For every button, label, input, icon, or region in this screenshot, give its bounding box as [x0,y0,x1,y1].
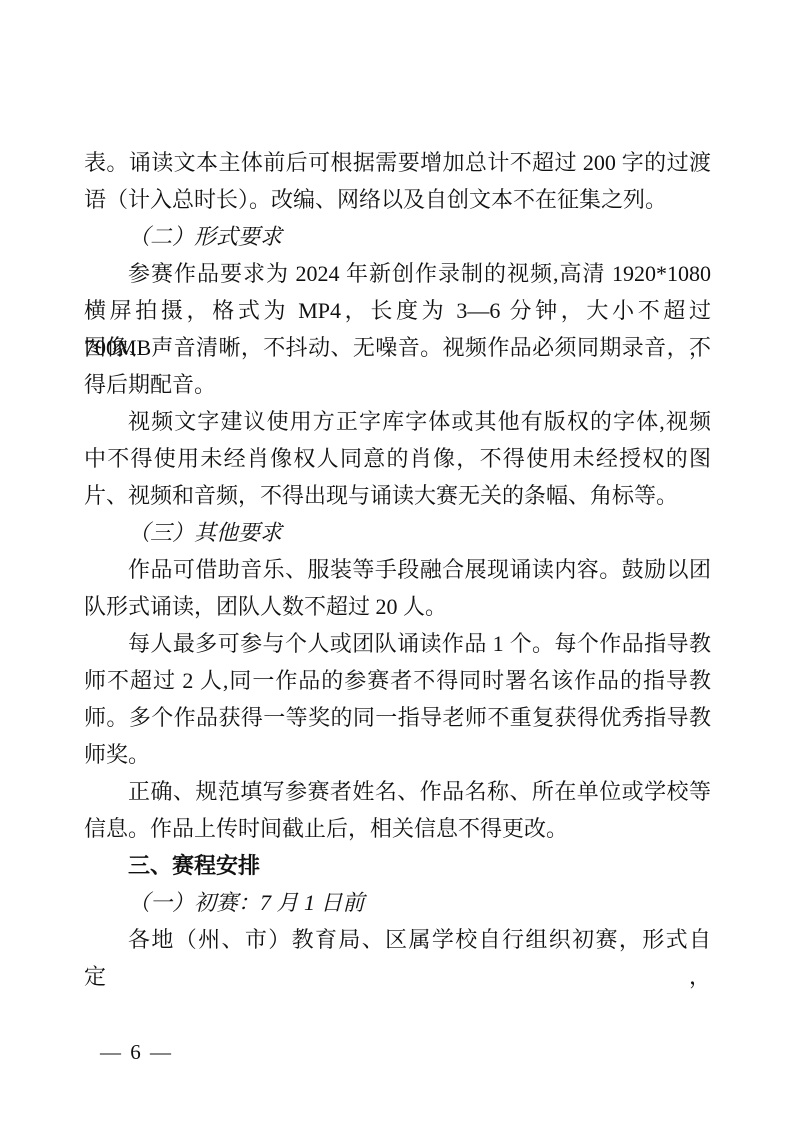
text-line: 片、视频和音频，不得出现与诵读大赛无关的条幅、角标等。 [84,477,711,514]
page-number: — 6 — [100,1038,173,1066]
text-line: 师不超过 2 人,同一作品的参赛者不得同时署名该作品的指导教 [84,662,711,699]
text-line: 信息。作品上传时间截止后，相关信息不得更改。 [84,810,711,847]
text-line: 视频文字建议使用方正字库字体或其他有版权的字体,视频 [84,403,711,440]
text-line: 中不得使用未经肖像权人同意的肖像，不得使用未经授权的图 [84,440,711,477]
section-heading: （二）形式要求 [84,218,711,255]
text-line: 横屏拍摄，格式为 MP4，长度为 3—6 分钟，大小不超过 700MB， [84,292,711,329]
document-page: 表。诵读文本主体前后可根据需要增加总计不超过 200 字的过渡语（计入总时长）。… [0,0,793,1122]
text-line: 语（计入总时长）。改编、网络以及自创文本不在征集之列。 [84,181,711,218]
text-line: 队形式诵读，团队人数不超过 20 人。 [84,588,711,625]
text-line: 作品可借助音乐、服装等手段融合展现诵读内容。鼓励以团 [84,551,711,588]
section-heading: （三）其他要求 [84,514,711,551]
section-heading: （一）初赛：7 月 1 日前 [84,884,711,921]
text-line: 图像、声音清晰，不抖动、无噪音。视频作品必须同期录音，不 [84,329,711,366]
text-line: 参赛作品要求为 2024 年新创作录制的视频,高清 1920*1080 [84,255,711,292]
text-line: 各地（州、市）教育局、区属学校自行组织初赛，形式自定， [84,921,711,958]
text-line: 每人最多可参与个人或团队诵读作品 1 个。每个作品指导教 [84,625,711,662]
text-line: 表。诵读文本主体前后可根据需要增加总计不超过 200 字的过渡 [84,144,711,181]
chapter-heading: 三、赛程安排 [84,847,711,884]
text-line: 得后期配音。 [84,366,711,403]
text-line: 师。多个作品获得一等奖的同一指导老师不重复获得优秀指导教 [84,699,711,736]
document-body: 表。诵读文本主体前后可根据需要增加总计不超过 200 字的过渡语（计入总时长）。… [84,144,711,958]
text-line: 正确、规范填写参赛者姓名、作品名称、所在单位或学校等 [84,773,711,810]
text-line: 师奖。 [84,736,711,773]
